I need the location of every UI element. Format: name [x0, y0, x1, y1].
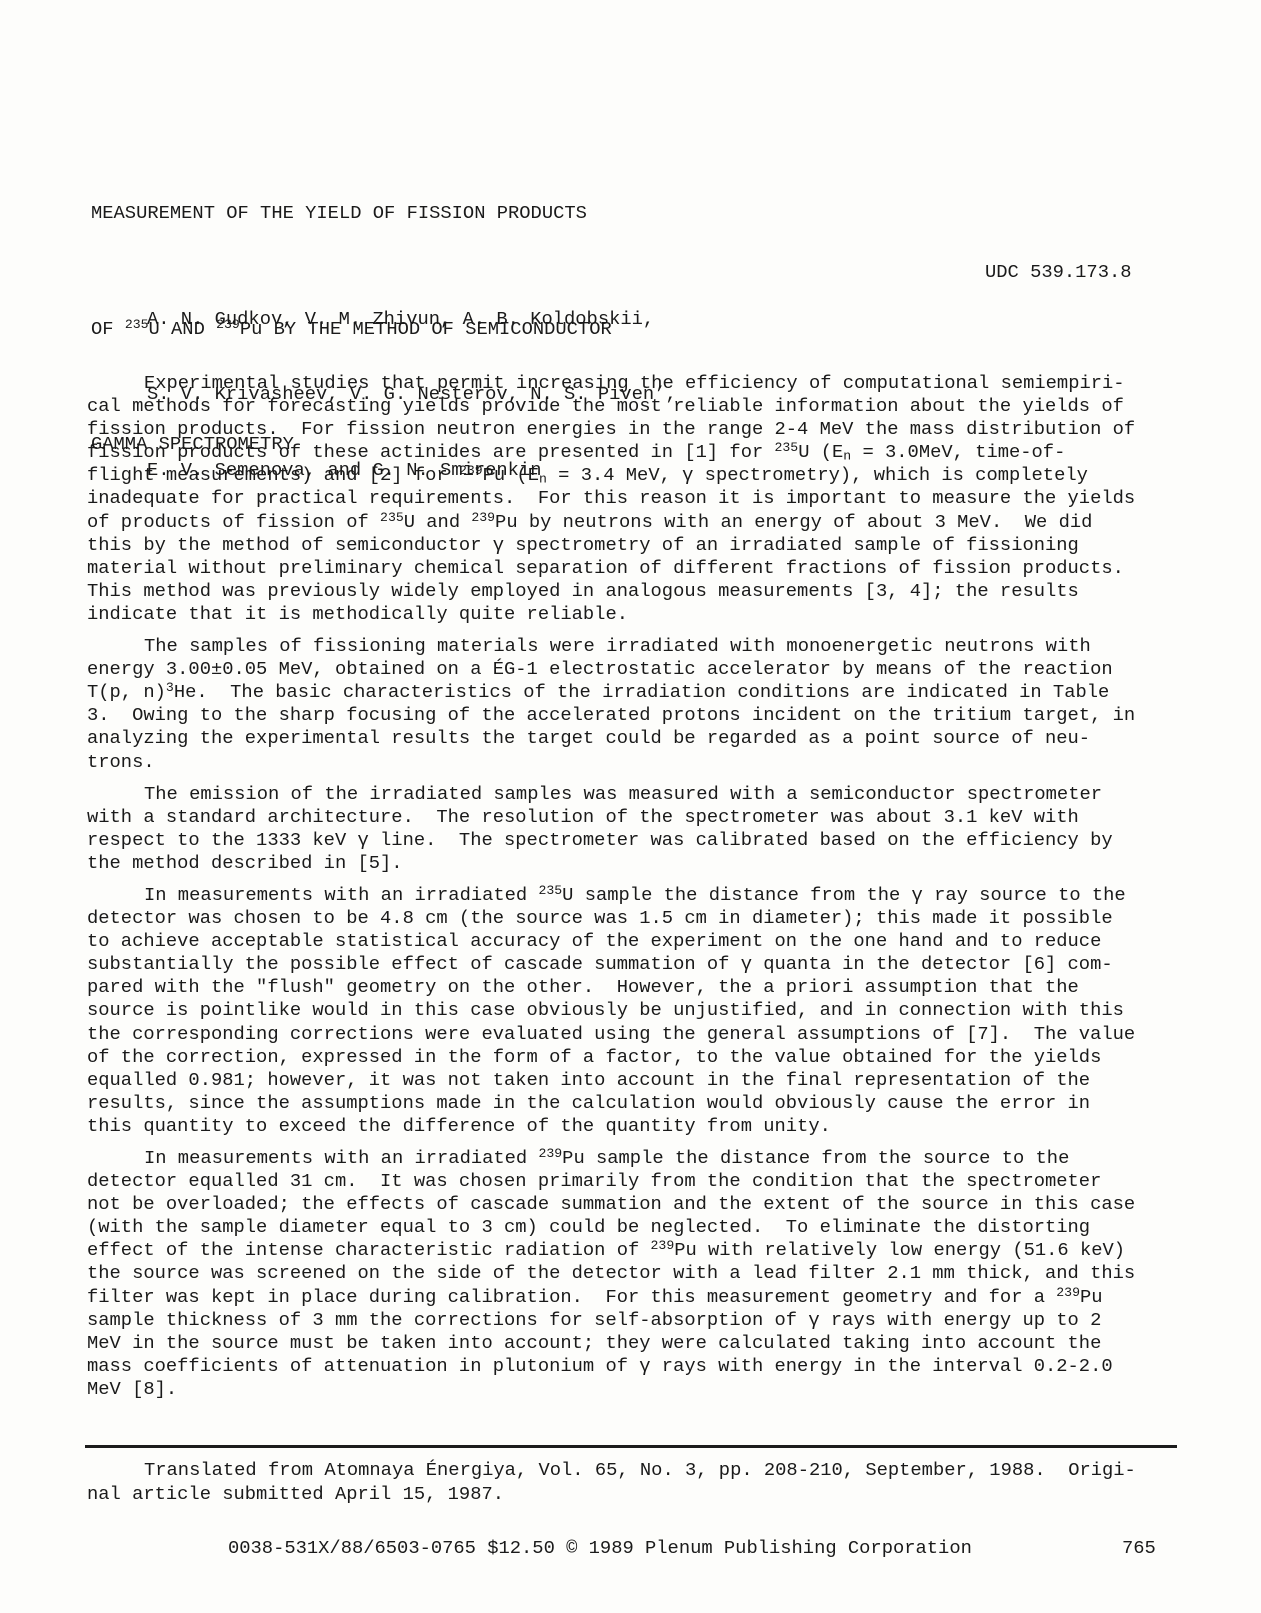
footnote-divider [85, 1445, 1177, 1448]
paragraph-1: Experimental studies that permit increas… [87, 372, 1192, 626]
translation-footnote: Translated from Atomnaya Énergiya, Vol. … [87, 1459, 1192, 1506]
page-number: 765 [1122, 1537, 1156, 1560]
paragraph-4: In measurements with an irradiated 235U … [87, 884, 1192, 1138]
paragraph-5: In measurements with an irradiated 239Pu… [87, 1147, 1192, 1401]
udc-number: UDC 539.173.8 [985, 260, 1132, 285]
title-line-1: MEASUREMENT OF THE YIELD OF FISSION PROD… [91, 194, 612, 233]
author-line-1: A. N. Gudkov, V. M. Zhivun, A. B. Koldob… [147, 307, 677, 332]
journal-page: MEASUREMENT OF THE YIELD OF FISSION PROD… [0, 0, 1261, 1613]
paragraph-3: The emission of the irradiated samples w… [87, 783, 1192, 875]
article-body: Experimental studies that permit increas… [87, 372, 1192, 1410]
paragraph-2: The samples of fissioning materials were… [87, 635, 1192, 774]
copyright-line: 0038-531X/88/6503-0765 $12.50 © 1989 Ple… [228, 1537, 972, 1560]
